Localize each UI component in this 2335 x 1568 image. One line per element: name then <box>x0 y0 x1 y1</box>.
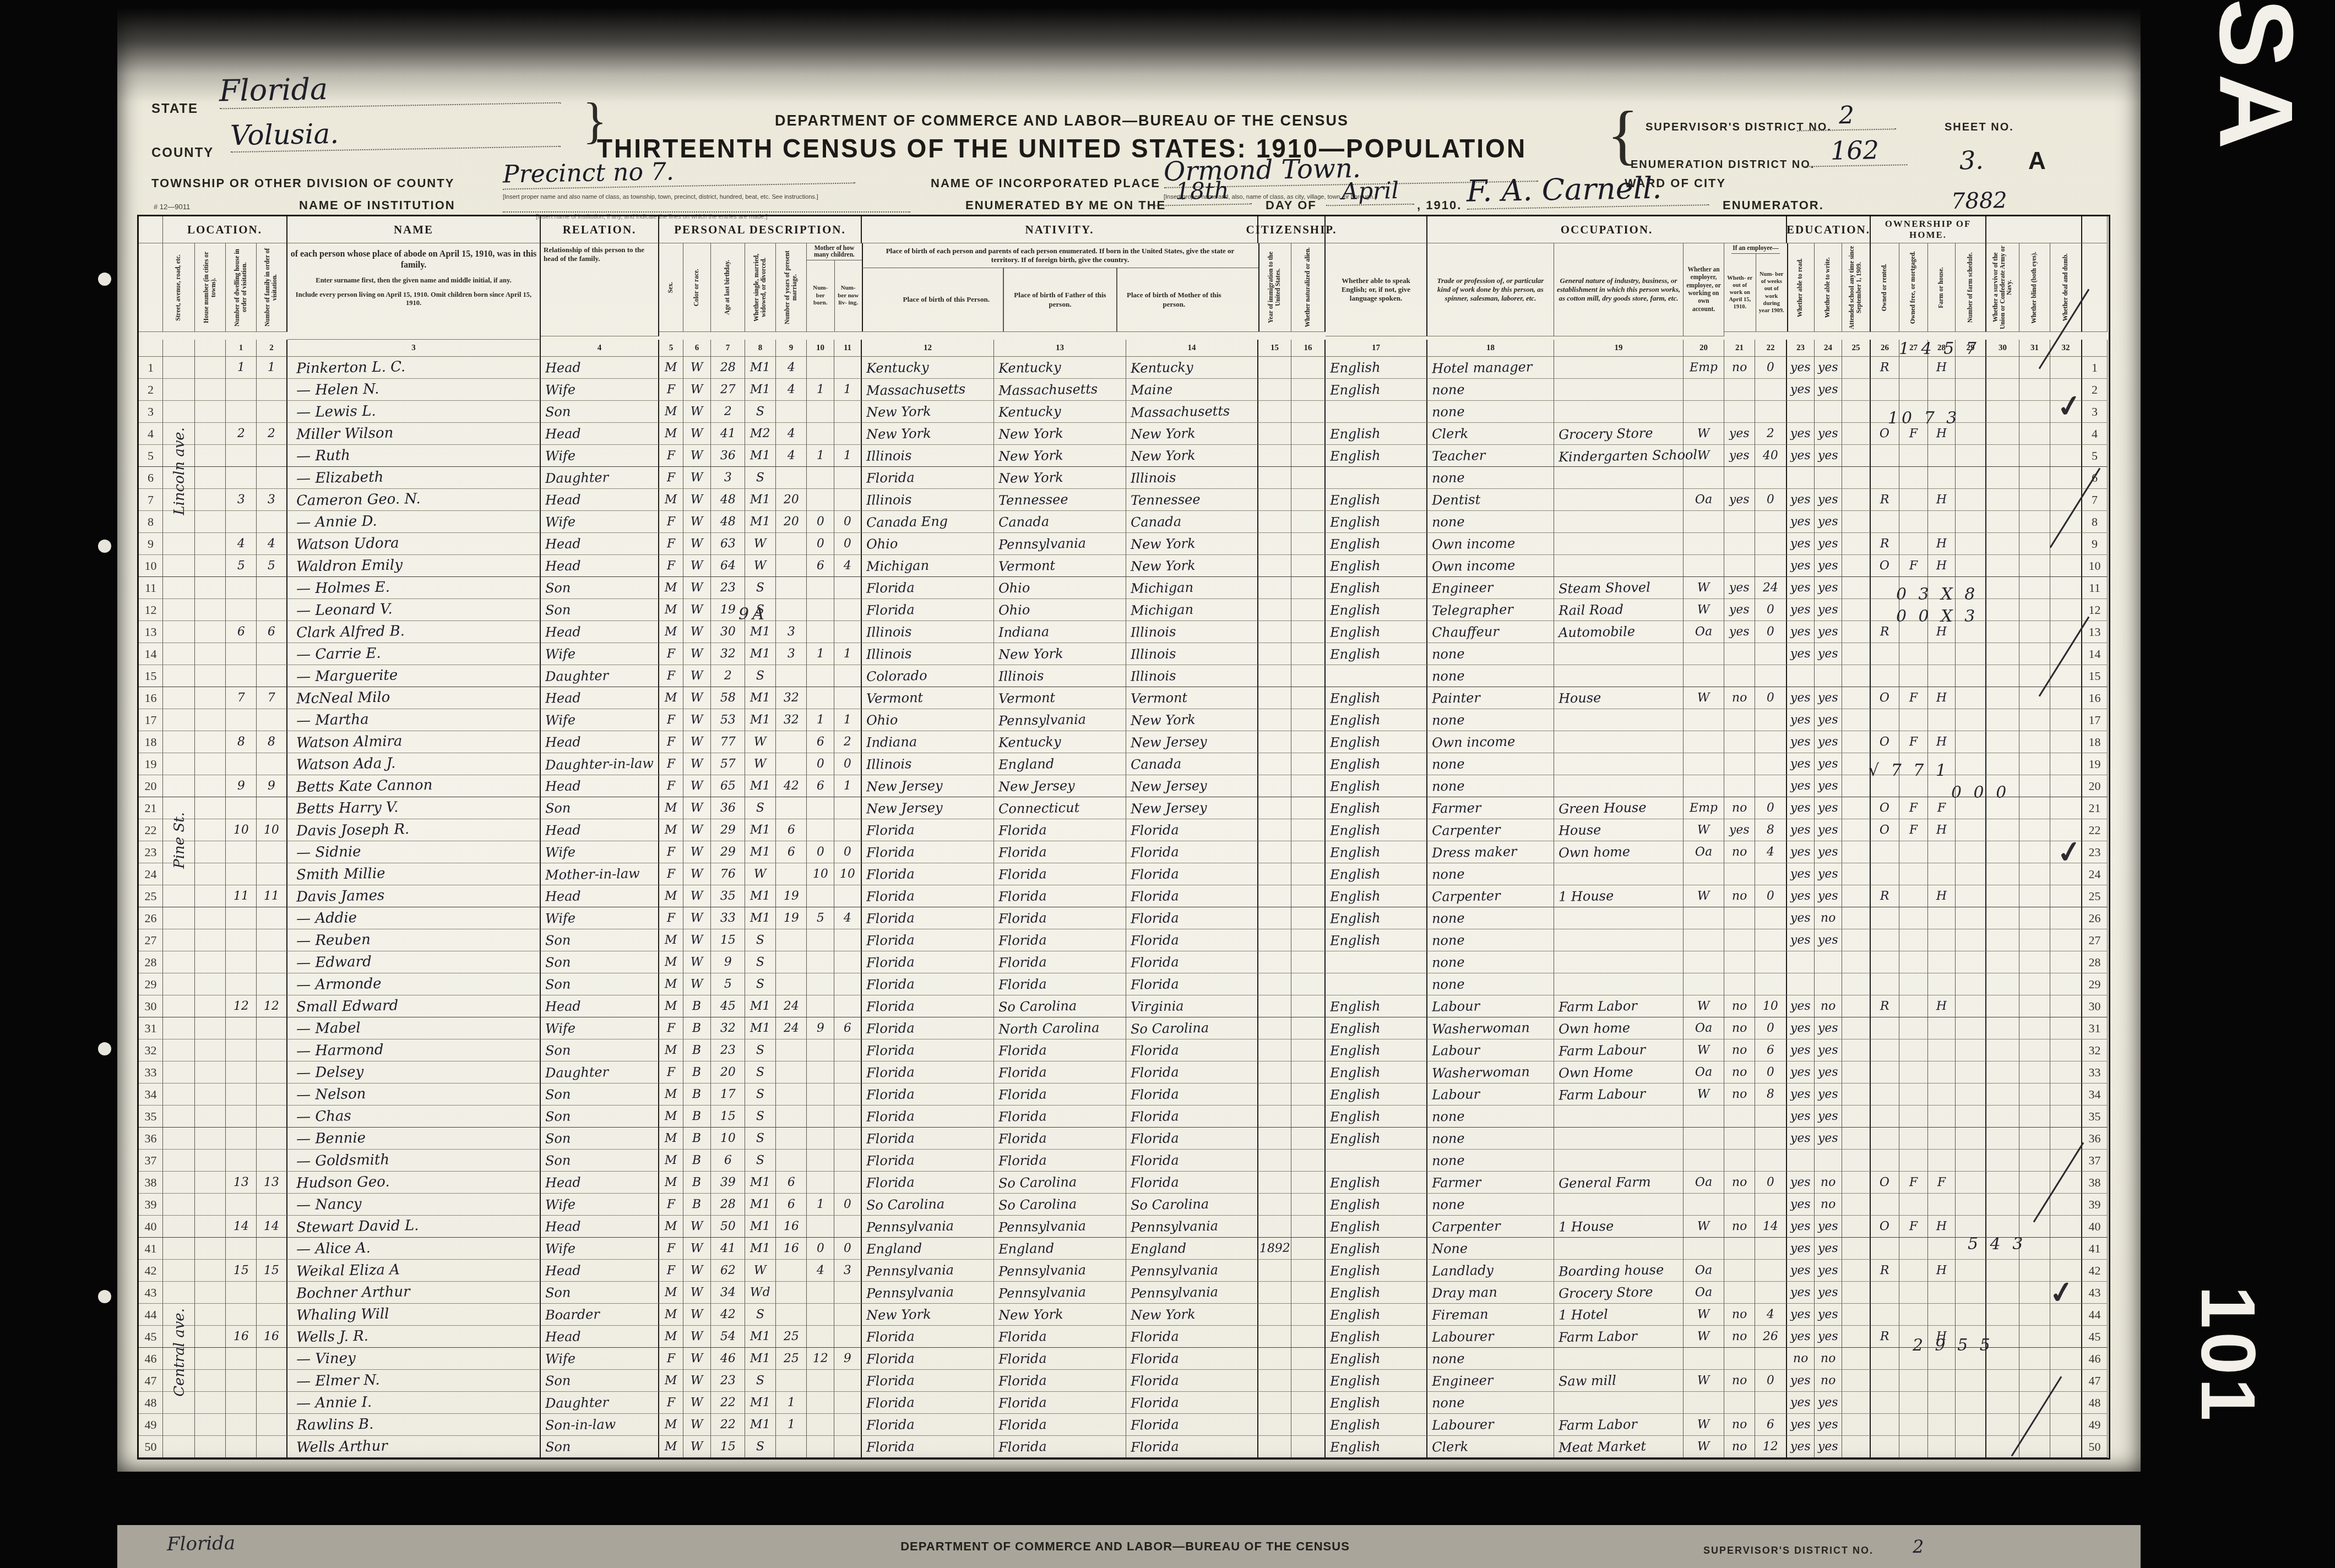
col-header-owned-rented: Owned or rented. <box>1871 243 1899 332</box>
table-row: 5 — Ruth Wife F W 36 M1 4 1 1 Illinois N… <box>139 445 2109 467</box>
cell-employer-status: W <box>1684 599 1724 621</box>
cell-years-married: 32 <box>776 687 807 709</box>
cell-naturalized <box>1291 1304 1326 1326</box>
cell-industry <box>1554 555 1684 577</box>
cell-pob-mother: New York <box>1126 1304 1258 1326</box>
cell-owned-rented <box>1871 665 1899 687</box>
enumerator-mark: ✓ <box>2055 387 2084 425</box>
cell-family <box>257 1084 287 1106</box>
cell-sex: F <box>659 863 683 885</box>
cell-color: B <box>683 1172 711 1194</box>
cell-employer-status <box>1684 929 1724 951</box>
cell-language: English <box>1326 1414 1427 1436</box>
cell-write: yes <box>1815 555 1842 577</box>
cell-read: yes <box>1787 555 1815 577</box>
cell-free-mortgaged <box>1899 709 1928 731</box>
cell-language <box>1326 951 1427 973</box>
cell-farm-schedule <box>1956 731 1986 753</box>
name-header-main: of each person whose place of abode on A… <box>290 249 537 271</box>
line-number: 8 <box>139 511 163 533</box>
cell-pob-mother: Pennsylvania <box>1126 1282 1258 1304</box>
cell-pob-person: Florida <box>862 1392 994 1414</box>
cell-read: yes <box>1787 1061 1815 1084</box>
cell-out-of-work <box>1724 467 1755 489</box>
col-header-pob-mother: Place of birth of Mother of this person. <box>1117 268 1230 331</box>
cell-years-married <box>776 533 807 555</box>
cell-owned-rented <box>1871 1150 1899 1172</box>
cell-civil-war <box>1986 423 2019 445</box>
cell-pob-mother: New York <box>1126 709 1258 731</box>
cell-age: 39 <box>711 1172 745 1194</box>
cell-read: yes <box>1787 1414 1815 1436</box>
cell-out-of-work <box>1724 401 1755 423</box>
cell-children-living: 0 <box>834 1194 862 1216</box>
cell-employer-status: W <box>1684 577 1724 599</box>
col-header-out-of-work: Wheth- er out of work on April 15, 1910. <box>1724 254 1756 331</box>
cell-school <box>1842 1326 1871 1348</box>
cell-trade: none <box>1427 951 1554 973</box>
cell-family <box>257 973 287 995</box>
cell-years-married: 1 <box>776 1414 807 1436</box>
cell-street <box>163 1039 195 1061</box>
cell-free-mortgaged: F <box>1899 797 1928 819</box>
cell-name: Betts Harry V. <box>287 797 541 819</box>
cell-color: W <box>683 929 711 951</box>
line-number-col <box>2082 243 2108 332</box>
cell-trade: none <box>1427 401 1554 423</box>
cell-out-of-work <box>1724 555 1755 577</box>
cell-age: 45 <box>711 995 745 1017</box>
col-num: 22 <box>1755 340 1787 357</box>
cell-language: English <box>1326 753 1427 775</box>
supervisor-district-value: 2 <box>1797 100 1897 131</box>
line-number: 21 <box>139 797 163 819</box>
cell-dwelling: 16 <box>226 1326 257 1348</box>
col-header-years-married: Number of years of present marriage. <box>776 243 807 332</box>
cell-farm-schedule <box>1956 907 1986 929</box>
form-code: # 12—9011 <box>154 203 190 211</box>
table-row: 26 — Addie Wife F W 33 M1 19 5 4 Florida… <box>139 907 2109 929</box>
line-number: 2 <box>2082 379 2108 401</box>
cell-farm-house <box>1928 863 1956 885</box>
cell-read: yes <box>1787 643 1815 665</box>
punch-hole <box>98 273 111 286</box>
cell-industry: 1 House <box>1554 885 1684 907</box>
line-number: 50 <box>2082 1436 2108 1458</box>
cell-relation: Son <box>541 951 659 973</box>
cell-civil-war <box>1986 1194 2019 1216</box>
cell-name: — Reuben <box>287 929 541 951</box>
line-number: 44 <box>2082 1304 2108 1326</box>
cell-age: 58 <box>711 687 745 709</box>
cell-farm-schedule <box>1956 379 1986 401</box>
cell-school <box>1842 1084 1871 1106</box>
cell-owned-rented <box>1871 1348 1899 1370</box>
cell-school <box>1842 379 1871 401</box>
cell-dwelling <box>226 951 257 973</box>
table-row: 3 — Lewis L. Son M W 2 S New York Kentuc… <box>139 401 2109 423</box>
cell-civil-war <box>1986 1039 2019 1061</box>
county-label: COUNTY <box>151 145 214 161</box>
next-sheet-supervisor-value: 2 <box>1913 1536 1924 1557</box>
cell-marital: S <box>745 1084 776 1106</box>
line-number: 45 <box>2082 1326 2108 1348</box>
cell-industry <box>1554 467 1684 489</box>
cell-owned-rented <box>1871 599 1899 621</box>
cell-employer-status: Oa <box>1684 841 1724 863</box>
cell-school <box>1842 1414 1871 1436</box>
cell-name: — Nelson <box>287 1084 541 1106</box>
cell-employer-status: Oa <box>1684 489 1724 511</box>
table-row: 24 Smith Millie Mother-in-law F W 76 W 1… <box>139 863 2109 885</box>
cell-farm-house: H <box>1928 555 1956 577</box>
line-number: 19 <box>2082 753 2108 775</box>
line-number: 31 <box>139 1017 163 1039</box>
cell-color: W <box>683 731 711 753</box>
cell-children-living <box>834 797 862 819</box>
cell-read: yes <box>1787 753 1815 775</box>
cell-naturalized <box>1291 577 1326 599</box>
col-num: 19 <box>1554 340 1684 357</box>
cell-relation: Son <box>541 929 659 951</box>
cell-weeks-out <box>1755 665 1787 687</box>
cell-naturalized <box>1291 841 1326 863</box>
cell-name: — Lewis L. <box>287 401 541 423</box>
cell-years-married <box>776 467 807 489</box>
cell-marital: W <box>745 731 776 753</box>
cell-farm-schedule <box>1956 1150 1986 1172</box>
cell-civil-war <box>1986 357 2019 379</box>
cell-house-number <box>195 797 226 819</box>
cell-name: Small Edward <box>287 995 541 1017</box>
cell-write: yes <box>1815 1128 1842 1150</box>
cell-pob-mother: Michigan <box>1126 577 1258 599</box>
cell-age: 15 <box>711 929 745 951</box>
cell-sex: M <box>659 1282 683 1304</box>
cell-trade: Farmer <box>1427 797 1554 819</box>
cell-street <box>163 1172 195 1194</box>
cell-farm-schedule <box>1956 643 1986 665</box>
col-num: 10 <box>807 340 834 357</box>
cell-naturalized <box>1291 709 1326 731</box>
cell-pob-mother: Canada <box>1126 511 1258 533</box>
col-num: 20 <box>1684 340 1724 357</box>
cell-write: yes <box>1815 1084 1842 1106</box>
cell-pob-mother: Florida <box>1126 1414 1258 1436</box>
cell-farm-schedule <box>1956 489 1986 511</box>
cell-children-born <box>807 1128 834 1150</box>
cell-deaf <box>2050 797 2082 819</box>
cell-out-of-work <box>1724 709 1755 731</box>
line-number: 1 <box>2082 357 2108 379</box>
cell-children-born <box>807 467 834 489</box>
cell-read: yes <box>1787 775 1815 797</box>
cell-pob-mother: Florida <box>1126 907 1258 929</box>
cell-read: yes <box>1787 1017 1815 1039</box>
enumeration-district-value: 162 <box>1802 134 1908 167</box>
cell-pob-mother: Florida <box>1126 819 1258 841</box>
cell-sex: F <box>659 379 683 401</box>
cell-family <box>257 709 287 731</box>
cell-naturalized <box>1291 1194 1326 1216</box>
cell-write: yes <box>1815 379 1842 401</box>
cell-age: 65 <box>711 775 745 797</box>
cell-deaf <box>2050 357 2082 379</box>
cell-school <box>1842 533 1871 555</box>
cell-industry: Boarding house <box>1554 1260 1684 1282</box>
cell-civil-war <box>1986 951 2019 973</box>
line-number: 25 <box>2082 885 2108 907</box>
line-number: 22 <box>2082 819 2108 841</box>
cell-owned-rented: R <box>1871 357 1899 379</box>
cell-owned-rented: R <box>1871 995 1899 1017</box>
cell-industry: Saw mill <box>1554 1370 1684 1392</box>
cell-immigration-year <box>1258 753 1291 775</box>
cell-children-living <box>834 1216 862 1238</box>
cell-weeks-out <box>1755 731 1787 753</box>
cell-children-born <box>807 995 834 1017</box>
cell-pob-person: Florida <box>862 1172 994 1194</box>
cell-pob-mother: New Jersey <box>1126 797 1258 819</box>
cell-school <box>1842 753 1871 775</box>
line-number: 34 <box>2082 1084 2108 1106</box>
cell-school <box>1842 1172 1871 1194</box>
cell-house-number <box>195 621 226 643</box>
cell-immigration-year <box>1258 423 1291 445</box>
cell-sex: M <box>659 1172 683 1194</box>
cell-deaf <box>2050 973 2082 995</box>
cell-color: W <box>683 1414 711 1436</box>
cell-sex: M <box>659 577 683 599</box>
cell-house-number <box>195 533 226 555</box>
cell-write: yes <box>1815 577 1842 599</box>
state-value: Florida <box>219 68 561 110</box>
cell-name: Clark Alfred B. <box>287 621 541 643</box>
cell-street <box>163 1150 195 1172</box>
cell-pob-person: Florida <box>862 1436 994 1458</box>
cell-age: 20 <box>711 1061 745 1084</box>
cell-farm-schedule <box>1956 709 1986 731</box>
cell-deaf <box>2050 731 2082 753</box>
cell-out-of-work <box>1724 1348 1755 1370</box>
cell-age: 17 <box>711 1084 745 1106</box>
cell-farm-schedule <box>1956 863 1986 885</box>
cell-school <box>1842 1106 1871 1128</box>
cell-school <box>1842 1392 1871 1414</box>
cell-marital: S <box>745 1061 776 1084</box>
cell-pob-father: So Carolina <box>994 995 1126 1017</box>
cell-naturalized <box>1291 1106 1326 1128</box>
enumeration-district-label: ENUMERATION DISTRICT NO. <box>1631 159 1815 171</box>
col-header-children-living: Num- ber now liv- ing. <box>835 260 862 331</box>
cell-weeks-out: 0 <box>1755 489 1787 511</box>
cell-immigration-year <box>1258 1326 1291 1348</box>
cell-marital: W <box>745 1260 776 1282</box>
cell-weeks-out: 0 <box>1755 1172 1787 1194</box>
cell-industry <box>1554 1392 1684 1414</box>
line-number: 39 <box>2082 1194 2108 1216</box>
cell-language: English <box>1326 1194 1427 1216</box>
cell-blind <box>2019 577 2050 599</box>
cell-blind <box>2019 423 2050 445</box>
cell-name: — Helen N. <box>287 379 541 401</box>
cell-naturalized <box>1291 995 1326 1017</box>
cell-free-mortgaged <box>1899 1084 1928 1106</box>
cell-write: yes <box>1815 1061 1842 1084</box>
cell-language: English <box>1326 379 1427 401</box>
cell-name: — Addie <box>287 907 541 929</box>
cell-civil-war <box>1986 1260 2019 1282</box>
cell-out-of-work: no <box>1724 1304 1755 1326</box>
cell-name: Smith Millie <box>287 863 541 885</box>
cell-blind <box>2019 1194 2050 1216</box>
cell-pob-mother: Virginia <box>1126 995 1258 1017</box>
cell-farm-schedule <box>1956 1172 1986 1194</box>
cell-owned-rented <box>1871 863 1899 885</box>
cell-sex: F <box>659 731 683 753</box>
cell-immigration-year <box>1258 885 1291 907</box>
cell-industry: Rail Road <box>1554 599 1684 621</box>
cell-house-number <box>195 643 226 665</box>
cell-marital: M1 <box>745 709 776 731</box>
cell-immigration-year <box>1258 951 1291 973</box>
cell-read: yes <box>1787 577 1815 599</box>
cell-out-of-work <box>1724 1150 1755 1172</box>
cell-language: English <box>1326 445 1427 467</box>
cell-read: yes <box>1787 1039 1815 1061</box>
cell-language: English <box>1326 687 1427 709</box>
cell-dwelling <box>226 577 257 599</box>
cell-pob-father: New York <box>994 1304 1126 1326</box>
cell-children-living <box>834 1128 862 1150</box>
cell-owned-rented <box>1871 1039 1899 1061</box>
cell-industry: Farm Labour <box>1554 1039 1684 1061</box>
line-number: 7 <box>139 489 163 511</box>
cell-employer-status: W <box>1684 1436 1724 1458</box>
cell-relation: Wife <box>541 841 659 863</box>
cell-owned-rented <box>1871 1370 1899 1392</box>
col-num: 4 <box>541 340 659 357</box>
cell-farm-schedule <box>1956 1304 1986 1326</box>
cell-employer-status: W <box>1684 1084 1724 1106</box>
cell-sex: F <box>659 643 683 665</box>
cell-civil-war <box>1986 1084 2019 1106</box>
cell-weeks-out: 0 <box>1755 797 1787 819</box>
cell-out-of-work: no <box>1724 1017 1755 1039</box>
cell-children-born <box>807 1326 834 1348</box>
line-number: 33 <box>139 1061 163 1084</box>
cell-sex: M <box>659 1370 683 1392</box>
line-number: 7 <box>2082 489 2108 511</box>
cell-read: yes <box>1787 445 1815 467</box>
cell-marital: M1 <box>745 775 776 797</box>
cell-farm-schedule <box>1956 1017 1986 1039</box>
cell-deaf <box>2050 1414 2082 1436</box>
cell-marital: S <box>745 1304 776 1326</box>
cell-years-married: 20 <box>776 511 807 533</box>
cell-industry <box>1554 863 1684 885</box>
line-number: 15 <box>139 665 163 687</box>
cell-street <box>163 1216 195 1238</box>
cell-pob-person: Florida <box>862 885 994 907</box>
cell-school <box>1842 841 1871 863</box>
line-number: 44 <box>139 1304 163 1326</box>
cell-out-of-work <box>1724 929 1755 951</box>
cell-farm-house <box>1928 467 1956 489</box>
cell-age: 41 <box>711 1238 745 1260</box>
cell-relation: Son <box>541 1370 659 1392</box>
cell-school <box>1842 1194 1871 1216</box>
cell-color: W <box>683 533 711 555</box>
cell-pob-mother: So Carolina <box>1126 1017 1258 1039</box>
cell-pob-father: New York <box>994 643 1126 665</box>
cell-read: yes <box>1787 1194 1815 1216</box>
line-number-col <box>2082 340 2108 357</box>
cell-marital: S <box>745 665 776 687</box>
cell-pob-person: Florida <box>862 951 994 973</box>
cell-language: English <box>1326 885 1427 907</box>
cell-children-living: 1 <box>834 445 862 467</box>
cell-relation: Wife <box>541 1238 659 1260</box>
col-num: 12 <box>862 340 994 357</box>
col-header-blind: Whether blind (both eyes). <box>2019 243 2050 332</box>
cell-marital: S <box>745 1106 776 1128</box>
cell-blind <box>2019 467 2050 489</box>
cell-dwelling: 2 <box>226 423 257 445</box>
line-number: 13 <box>139 621 163 643</box>
cell-pob-father: Florida <box>994 1128 1126 1150</box>
cell-read: yes <box>1787 1238 1815 1260</box>
cell-family: 12 <box>257 995 287 1017</box>
col-num: 15 <box>1258 340 1291 357</box>
cell-language: English <box>1326 489 1427 511</box>
cell-farm-schedule <box>1956 1061 1986 1084</box>
cell-years-married <box>776 1260 807 1282</box>
cell-relation: Daughter <box>541 467 659 489</box>
cell-sex: M <box>659 1304 683 1326</box>
cell-years-married <box>776 951 807 973</box>
cell-write: yes <box>1815 511 1842 533</box>
col-header-trade: Trade or profession of, or particular ki… <box>1427 243 1554 336</box>
cell-color: B <box>683 995 711 1017</box>
cell-name: Pinkerton L. C. <box>287 357 541 379</box>
table-row: 37 — Goldsmith Son M B 6 S Florida Flori… <box>139 1150 2109 1172</box>
line-number: 18 <box>139 731 163 753</box>
cell-read: yes <box>1787 1128 1815 1150</box>
cell-children-living <box>834 1414 862 1436</box>
cell-pob-person: Florida <box>862 577 994 599</box>
cell-street <box>163 709 195 731</box>
col-header-immigration-year: Year of immigration to the United States… <box>1258 243 1291 332</box>
cell-relation: Head <box>541 423 659 445</box>
cell-pob-mother: New Jersey <box>1126 731 1258 753</box>
cell-street <box>163 687 195 709</box>
cell-deaf <box>2050 467 2082 489</box>
cell-sex: M <box>659 973 683 995</box>
cell-age: 48 <box>711 511 745 533</box>
cell-children-living <box>834 885 862 907</box>
cell-trade: Engineer <box>1427 1370 1554 1392</box>
cell-pob-person: Canada Eng <box>862 511 994 533</box>
cell-out-of-work: no <box>1724 1414 1755 1436</box>
cell-read: yes <box>1787 621 1815 643</box>
cell-name: Watson Ada J. <box>287 753 541 775</box>
cell-school <box>1842 1216 1871 1238</box>
cell-relation: Head <box>541 621 659 643</box>
enumerated-month: April <box>1326 177 1415 206</box>
cell-pob-person: Florida <box>862 1017 994 1039</box>
line-number: 27 <box>139 929 163 951</box>
